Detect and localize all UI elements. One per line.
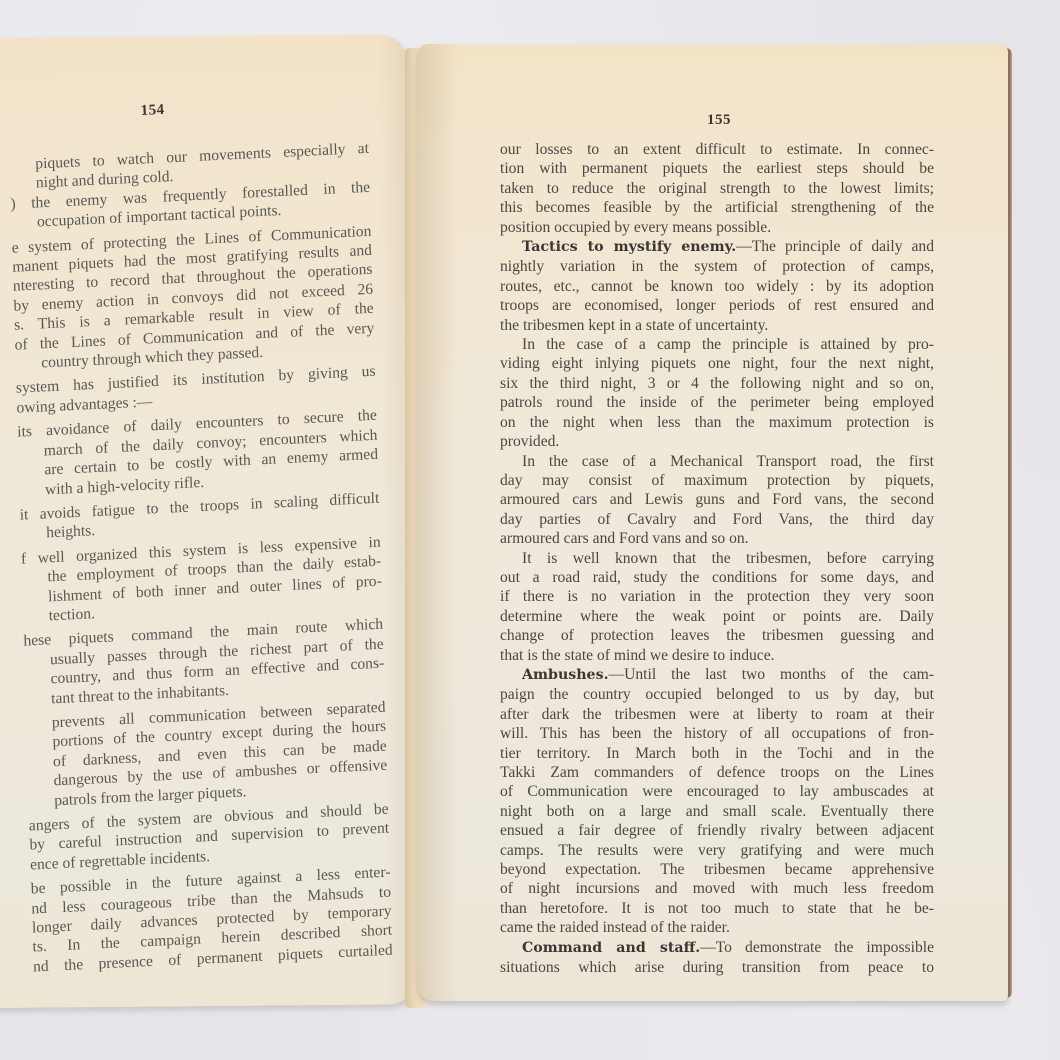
line-text: —The principle of daily and [736, 238, 934, 255]
line-text: troops are economised, longer periods of… [500, 297, 934, 314]
text-line: Command and staff.—To demonstrate the im… [500, 938, 934, 958]
line-text: will. This has been the history of all o… [500, 725, 934, 742]
text-line: tion with permanent piquets the earliest… [500, 159, 934, 178]
line-text: that is the state of mind we desire to i… [500, 647, 775, 664]
line-text: —To demonstrate the impossible [700, 939, 934, 956]
section-heading: Tactics to mystify enemy. [522, 239, 736, 255]
text-line: change of protection leaves the tribesme… [500, 626, 934, 645]
text-line: camps. The results were very gratifying … [500, 841, 934, 860]
text-line: ensued a fair degree of friendly rivalry… [500, 821, 934, 840]
text-line: after dark the tribesmen were at liberty… [500, 705, 934, 724]
text-line: Tactics to mystify enemy.—The principle … [500, 237, 934, 257]
line-text: routes, etc., cannot be known too widely… [500, 278, 934, 295]
text-line: day parties of Cavalry and Ford Vans, th… [500, 510, 934, 529]
text-line: In the case of a camp the principle is a… [500, 335, 934, 354]
text-line: armoured cars and Ford vans and so on. [500, 529, 934, 548]
line-text: taken to reduce the original strength to… [500, 180, 934, 197]
text-line: paign the country occupied belonged to u… [500, 685, 934, 704]
text-line: beyond expectation. The tribesmen became… [500, 860, 934, 879]
text-line: Takki Zam commanders of defence troops o… [500, 763, 934, 782]
text-line: if there is no variation in the protecti… [500, 587, 934, 606]
left-page: 154 piquets to watch our movements espec… [0, 34, 416, 1008]
text-line: patrols round the inside of the perimete… [500, 393, 934, 412]
line-text: after dark the tribesmen were at liberty… [500, 706, 934, 723]
text-line: situations which arise during transition… [500, 958, 934, 977]
text-line: In the case of a Mechanical Transport ro… [500, 452, 934, 471]
text-line: our losses to an extent difficult to est… [500, 140, 934, 159]
page-number: 154 [140, 102, 165, 120]
line-text: if there is no variation in the protecti… [500, 588, 934, 605]
page-number: 155 [707, 112, 731, 129]
text-line: the tribesmen kept in a state of uncerta… [500, 316, 934, 335]
text-line: of Communication were encouraged to lay … [500, 782, 934, 801]
line-text: tion with permanent piquets the earliest… [500, 160, 934, 177]
line-text: of Communication were encouraged to lay … [500, 783, 934, 800]
section-heading: Command and staff. [522, 940, 700, 956]
text-line: routes, etc., cannot be known too widely… [500, 277, 934, 296]
line-text: situations which arise during transition… [500, 959, 934, 976]
text-line: nightly variation in the system of prote… [500, 257, 934, 276]
line-text: paign the country occupied belonged to u… [500, 686, 934, 703]
line-text: of night incursions and moved with much … [500, 880, 934, 897]
line-text: this becomes feasible by the artificial … [500, 199, 934, 216]
line-text: the tribesmen kept in a state of uncerta… [500, 317, 768, 334]
text-line: that is the state of mind we desire to i… [500, 646, 934, 665]
line-text: than heretofore. It is not too much to s… [500, 900, 934, 917]
text-line: will. This has been the history of all o… [500, 724, 934, 743]
line-text: nightly variation in the system of prote… [500, 258, 934, 275]
line-text: determine where the weak point or points… [500, 608, 934, 625]
line-text: armoured cars and Lewis guns and Ford va… [500, 491, 934, 508]
text-line: taken to reduce the original strength to… [500, 179, 934, 198]
line-text: on the night when less than the maximum … [500, 414, 934, 431]
text-line: position occupied by every means possibl… [500, 218, 934, 237]
line-text: beyond expectation. The tribesmen became… [500, 861, 934, 878]
text-line: on the night when less than the maximum … [500, 413, 934, 432]
line-text: armoured cars and Ford vans and so on. [500, 530, 749, 547]
text-line: this becomes feasible by the artificial … [500, 198, 934, 217]
text-line: of night incursions and moved with much … [500, 879, 934, 898]
text-line: than heretofore. It is not too much to s… [500, 899, 934, 918]
line-text: day parties of Cavalry and Ford Vans, th… [500, 511, 934, 528]
line-text: change of protection leaves the tribesme… [500, 627, 934, 644]
text-line: It is well known that the tribesmen, bef… [500, 549, 934, 568]
text-line: tier territory. In March both in the Toc… [500, 744, 934, 763]
line-text: came the raided instead of the raider. [500, 919, 730, 936]
text-line: determine where the weak point or points… [500, 607, 934, 626]
line-text: tier territory. In March both in the Toc… [500, 745, 934, 762]
text-line: viding eight inlying piquets one night, … [500, 354, 934, 373]
line-text: It is well known that the tribesmen, bef… [522, 550, 934, 567]
text-line: came the raided instead of the raider. [500, 918, 934, 937]
line-text: out a road raid, study the conditions fo… [500, 569, 934, 586]
line-text: ensued a fair degree of friendly rivalry… [500, 822, 934, 839]
line-text: heights. [46, 522, 95, 541]
line-text: patrols round the inside of the perimete… [500, 394, 934, 411]
line-text: In the case of a camp the principle is a… [522, 336, 934, 353]
right-page-text: our losses to an extent difficult to est… [500, 140, 934, 977]
line-text: Takki Zam commanders of defence troops o… [500, 764, 934, 781]
right-page: 155 our losses to an extent difficult to… [418, 44, 1008, 1001]
line-text: In the case of a Mechanical Transport ro… [522, 453, 934, 470]
line-text: —Until the last two months of the cam- [609, 666, 934, 683]
line-text: viding eight inlying piquets one night, … [500, 355, 934, 372]
line-text: tection. [48, 605, 95, 624]
open-book: 154 piquets to watch our movements espec… [0, 0, 1060, 1060]
section-heading: Ambushes. [522, 667, 609, 683]
line-text: night both on a large and small scale. E… [500, 803, 934, 820]
text-line: six the third night, 3 or 4 the followin… [500, 374, 934, 393]
line-text: provided. [500, 433, 559, 450]
text-line: night both on a large and small scale. E… [500, 802, 934, 821]
text-line: provided. [500, 432, 934, 451]
text-line: troops are economised, longer periods of… [500, 296, 934, 315]
text-line: day may consist of maximum protection by… [500, 471, 934, 490]
text-line: Ambushes.—Until the last two months of t… [500, 665, 934, 685]
line-text: six the third night, 3 or 4 the followin… [500, 375, 934, 392]
line-text: day may consist of maximum protection by… [500, 472, 934, 489]
text-line: armoured cars and Lewis guns and Ford va… [500, 490, 934, 509]
line-text: our losses to an extent difficult to est… [500, 141, 934, 158]
left-page-text: piquets to watch our movements especiall… [9, 139, 393, 977]
text-line: out a road raid, study the conditions fo… [500, 568, 934, 587]
line-text: position occupied by every means possibl… [500, 219, 771, 236]
line-text: camps. The results were very gratifying … [500, 842, 934, 859]
